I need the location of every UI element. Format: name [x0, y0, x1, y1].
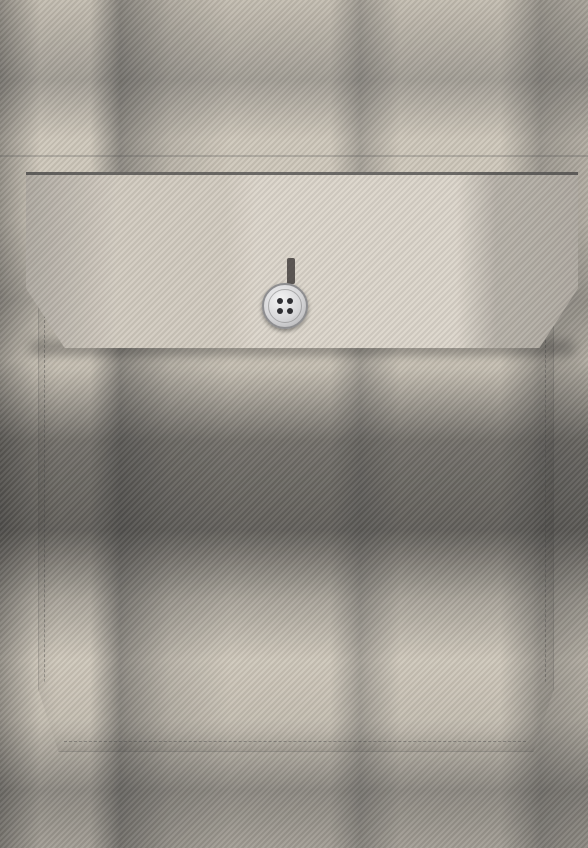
button-hole [287, 298, 293, 304]
flap-twill-texture [26, 172, 578, 348]
yoke-seam [0, 155, 588, 157]
button-rim [268, 289, 302, 323]
pocket-topstitch [44, 300, 546, 742]
buttonhole-stitch [287, 258, 295, 284]
pocket-flap [26, 172, 578, 348]
flap-seam [26, 172, 578, 175]
button-icon [262, 283, 308, 329]
plaid-fabric-photo [0, 0, 588, 848]
button-hole [277, 298, 283, 304]
button-hole [277, 308, 283, 314]
button-hole [287, 308, 293, 314]
